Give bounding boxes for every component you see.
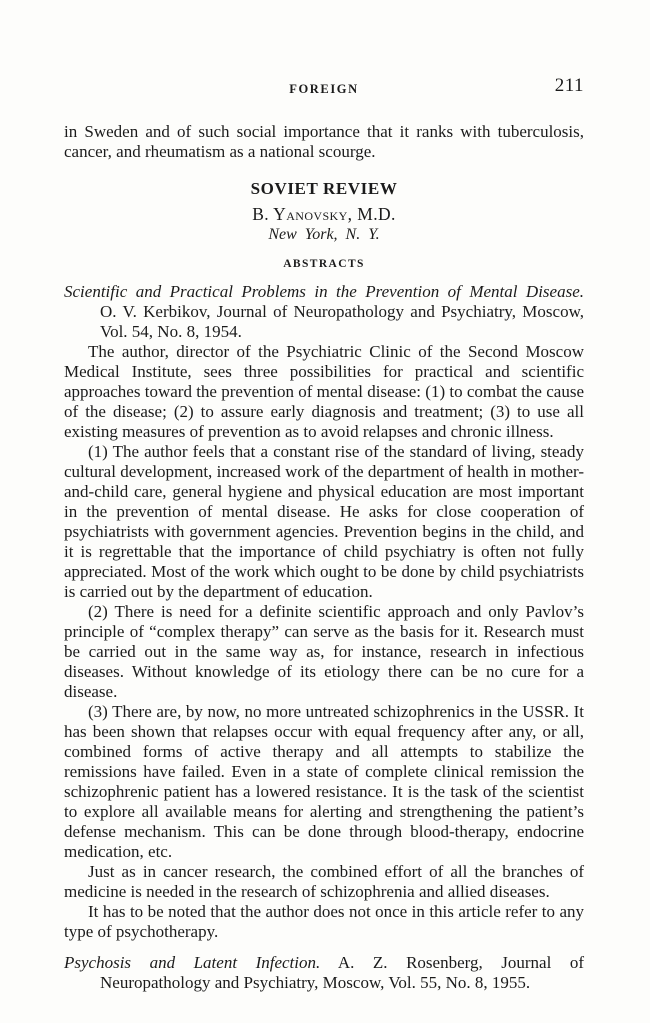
abstract-paragraph: (3) There are, by now, no more untreated… [64,702,584,862]
abstract-title: Scientific and Practical Problems in the… [64,282,584,302]
section-author: B. Yanovsky, M.D. [64,204,584,225]
continuation-paragraph: in Sweden and of such social importance … [64,122,584,162]
page-number: 211 [555,75,584,97]
running-head: FOREIGN 211 [64,80,584,100]
section-title: SOVIET REVIEW [64,179,584,199]
abstract-citation: O. V. Kerbikov, Journal of Neuropatholog… [64,302,584,342]
abstract-paragraph: (1) The author feels that a constant ris… [64,442,584,602]
abstract-paragraph: The author, director of the Psychiatric … [64,342,584,442]
running-head-title: FOREIGN [289,82,359,96]
abstract-paragraph: (2) There is need for a definite scienti… [64,602,584,702]
abstract-entry-rosenberg: Psychosis and Latent Infection. A. Z. Ro… [64,953,584,993]
abstract-paragraph: It has to be noted that the author does … [64,902,584,942]
journal-page: FOREIGN 211 in Sweden and of such social… [0,0,650,1023]
abstracts-label: ABSTRACTS [64,258,584,270]
section-author-location: New York, N. Y. [64,226,584,244]
abstract-paragraph: Just as in cancer research, the combined… [64,862,584,902]
abstract-title: Psychosis and Latent Infection. [64,953,320,972]
abstract-entry-kerbikov: Scientific and Practical Problems in the… [64,282,584,342]
